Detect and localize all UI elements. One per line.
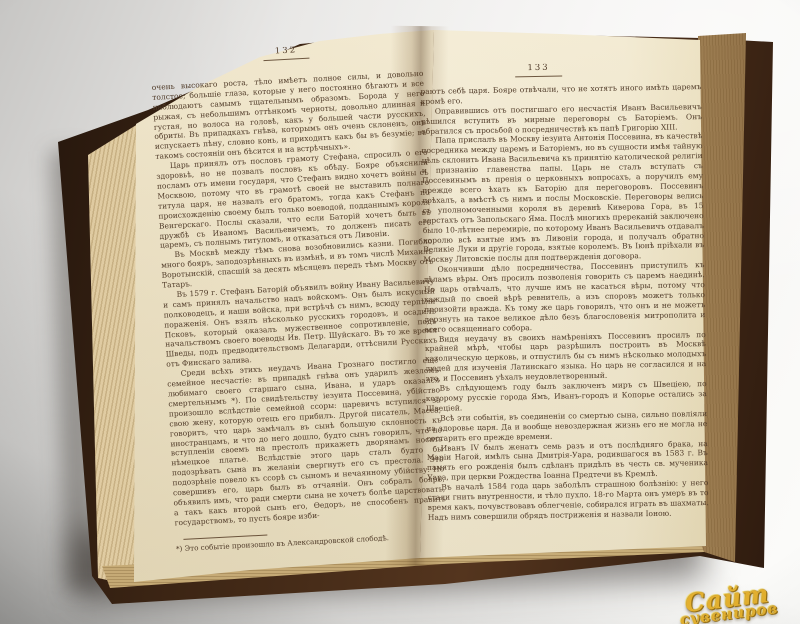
left-paragraph: Царь принялъ отъ пословъ грамоту Стефана…: [156, 148, 432, 251]
right-paragraph: Видя неудачу въ своихъ намѣреніяхъ Поссе…: [425, 330, 707, 384]
left-page-text: 132 очень высокаго роста, тѣло имѣетъ по…: [150, 40, 448, 554]
right-paragraph: Въ слѣдующемъ году былъ заключенъ миръ с…: [426, 379, 707, 414]
watermark-logo: Сайт сувениров: [658, 578, 797, 624]
right-paragraph: Въ началѣ 1584 года царь заболѣлъ страшн…: [427, 478, 709, 523]
right-page-text: 133 раютъ себѣ царя. Бояре отвѣчали, что…: [420, 61, 709, 536]
right-paragraph: Окончивши дѣло посредничества, Поссевинъ…: [423, 260, 705, 334]
page-number-left: 132: [150, 40, 422, 67]
left-paragraph: Въ 1579 г. Стефанъ Баторій объявилъ войн…: [162, 276, 438, 369]
left-paragraph: очень высокаго роста, тѣло имѣетъ полное…: [152, 69, 428, 162]
footnote-rule: [183, 534, 267, 539]
right-paragraph: Папа прислалъ въ Москву іезуита Антонія …: [421, 132, 704, 266]
right-paragraph: Оправившись отъ постигшаго его несчастія…: [421, 102, 702, 137]
right-paragraph: Иванъ IV былъ женатъ семь разъ и отъ пос…: [427, 439, 709, 484]
right-paragraph: Всѣ эти событія, въ соединеніи со смерть…: [426, 409, 707, 444]
book-photo-scene: 132 очень высокаго роста, тѣло имѣетъ по…: [0, 0, 800, 624]
left-paragraph: Среди всѣхъ этихъ неудачъ Ивана Грознаго…: [167, 356, 447, 529]
